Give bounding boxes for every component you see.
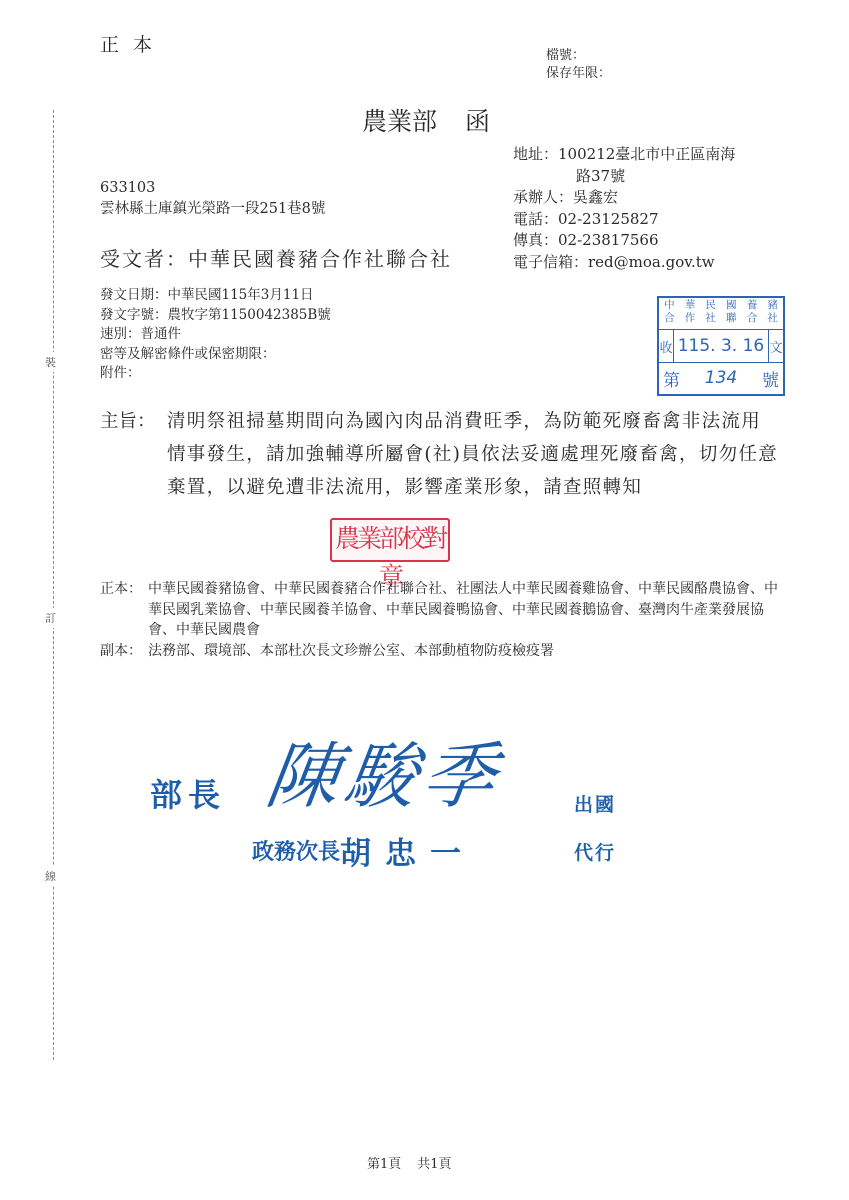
stamp-received-char: 收 bbox=[659, 337, 673, 356]
total-pages: 共1頁 bbox=[417, 1157, 451, 1172]
document-meta: 發文日期：中華民國115年3月11日 發文字號：農牧字第1150042385B號… bbox=[100, 286, 331, 384]
fax: 傳真：02-23817566 bbox=[513, 230, 735, 252]
original-recipients: 正本： 中華民國養豬協會、中華民國養豬合作社聯合社、社團法人中華民國養雞協會、中… bbox=[100, 579, 790, 641]
street-address: 雲林縣土庫鎮光榮路一段251巷8號 bbox=[100, 199, 325, 220]
distribution-list: 正本： 中華民國養豬協會、中華民國養豬合作社聯合社、社團法人中華民國養雞協會、中… bbox=[100, 579, 790, 661]
attachments: 附件： bbox=[100, 364, 331, 384]
agency-name: 農業部 bbox=[362, 107, 437, 136]
binding-mark-xian: 線 bbox=[45, 866, 56, 886]
copy-type-label: 正本 bbox=[100, 30, 166, 57]
proofreading-seal: 農業部校對章 bbox=[330, 518, 450, 562]
minister-absence-note: 出國 bbox=[574, 790, 616, 817]
subject-label: 主旨： bbox=[100, 405, 156, 438]
current-page: 第1頁 bbox=[367, 1157, 401, 1172]
signature-block: 部長 陳駿季 出國 政務次長 胡忠一 代行 bbox=[150, 712, 670, 882]
sender-address: 地址：100212臺北市中正區南海 bbox=[513, 144, 735, 166]
minister-signature: 陳駿季 bbox=[261, 718, 510, 822]
stamp-suffix: 號 bbox=[762, 366, 779, 391]
urgency: 速別：普通件 bbox=[100, 325, 331, 345]
acting-name: 胡忠一 bbox=[340, 828, 475, 873]
archive-number-label: 檔號： bbox=[546, 47, 611, 65]
document-type: 函 bbox=[465, 107, 490, 136]
phone: 電話：02-23125827 bbox=[513, 209, 735, 231]
receipt-stamp: 中合 華作 民社 國聯 養合 豬社 收 115. 3. 16 文 第 134 號 bbox=[657, 296, 785, 396]
acting-title: 政務次長 bbox=[252, 835, 340, 866]
archive-info: 檔號： 保存年限： bbox=[546, 47, 611, 83]
issue-date: 發文日期：中華民國115年3月11日 bbox=[100, 286, 331, 306]
sender-contact-block: 地址：100212臺北市中正區南海 路37號 承辦人：吳鑫宏 電話：02-231… bbox=[513, 144, 735, 273]
contact-person: 承辦人：吳鑫宏 bbox=[513, 187, 735, 209]
copy-recipients: 副本： 法務部、環境部、本部杜次長文珍辦公室、本部動植物防疫檢疫署 bbox=[100, 641, 790, 662]
stamp-document-char: 文 bbox=[769, 337, 783, 356]
subject-text: 清明祭祖掃墓期間向為國內肉品消費旺季，為防範死廢畜禽非法流用情事發生，請加強輔導… bbox=[167, 405, 780, 504]
classification: 密等及解密條件或保密期限： bbox=[100, 345, 331, 365]
stamp-receipt-number: 134 bbox=[705, 368, 737, 388]
postal-code: 633103 bbox=[100, 178, 325, 199]
retention-period-label: 保存年限： bbox=[546, 65, 611, 83]
stamp-received-date: 115. 3. 16 bbox=[673, 330, 769, 362]
recipient: 受文者：中華民國養豬合作社聯合社 bbox=[100, 243, 452, 272]
subject-section: 主旨： 清明祭祖掃墓期間向為國內肉品消費旺季，為防範死廢畜禽非法流用情事發生，請… bbox=[100, 405, 780, 504]
sender-address-line2: 路37號 bbox=[513, 166, 735, 188]
recipient-address: 633103 雲林縣土庫鎮光榮路一段251巷8號 bbox=[100, 178, 325, 220]
binding-mark-ding: 訂 bbox=[45, 608, 56, 628]
binding-line bbox=[53, 110, 54, 1060]
acting-note: 代行 bbox=[574, 838, 616, 865]
stamp-org-name: 中合 華作 民社 國聯 養合 豬社 bbox=[659, 298, 783, 330]
minister-title: 部長 bbox=[150, 770, 226, 816]
email: 電子信箱：red@moa.gov.tw bbox=[513, 252, 735, 274]
document-number: 發文字號：農牧字第1150042385B號 bbox=[100, 306, 331, 326]
document-title: 農業部函 bbox=[362, 102, 490, 138]
stamp-prefix: 第 bbox=[663, 366, 680, 391]
binding-mark-zhuang: 裝 bbox=[45, 352, 56, 372]
page-indicator: 第1頁共1頁 bbox=[367, 1153, 452, 1172]
